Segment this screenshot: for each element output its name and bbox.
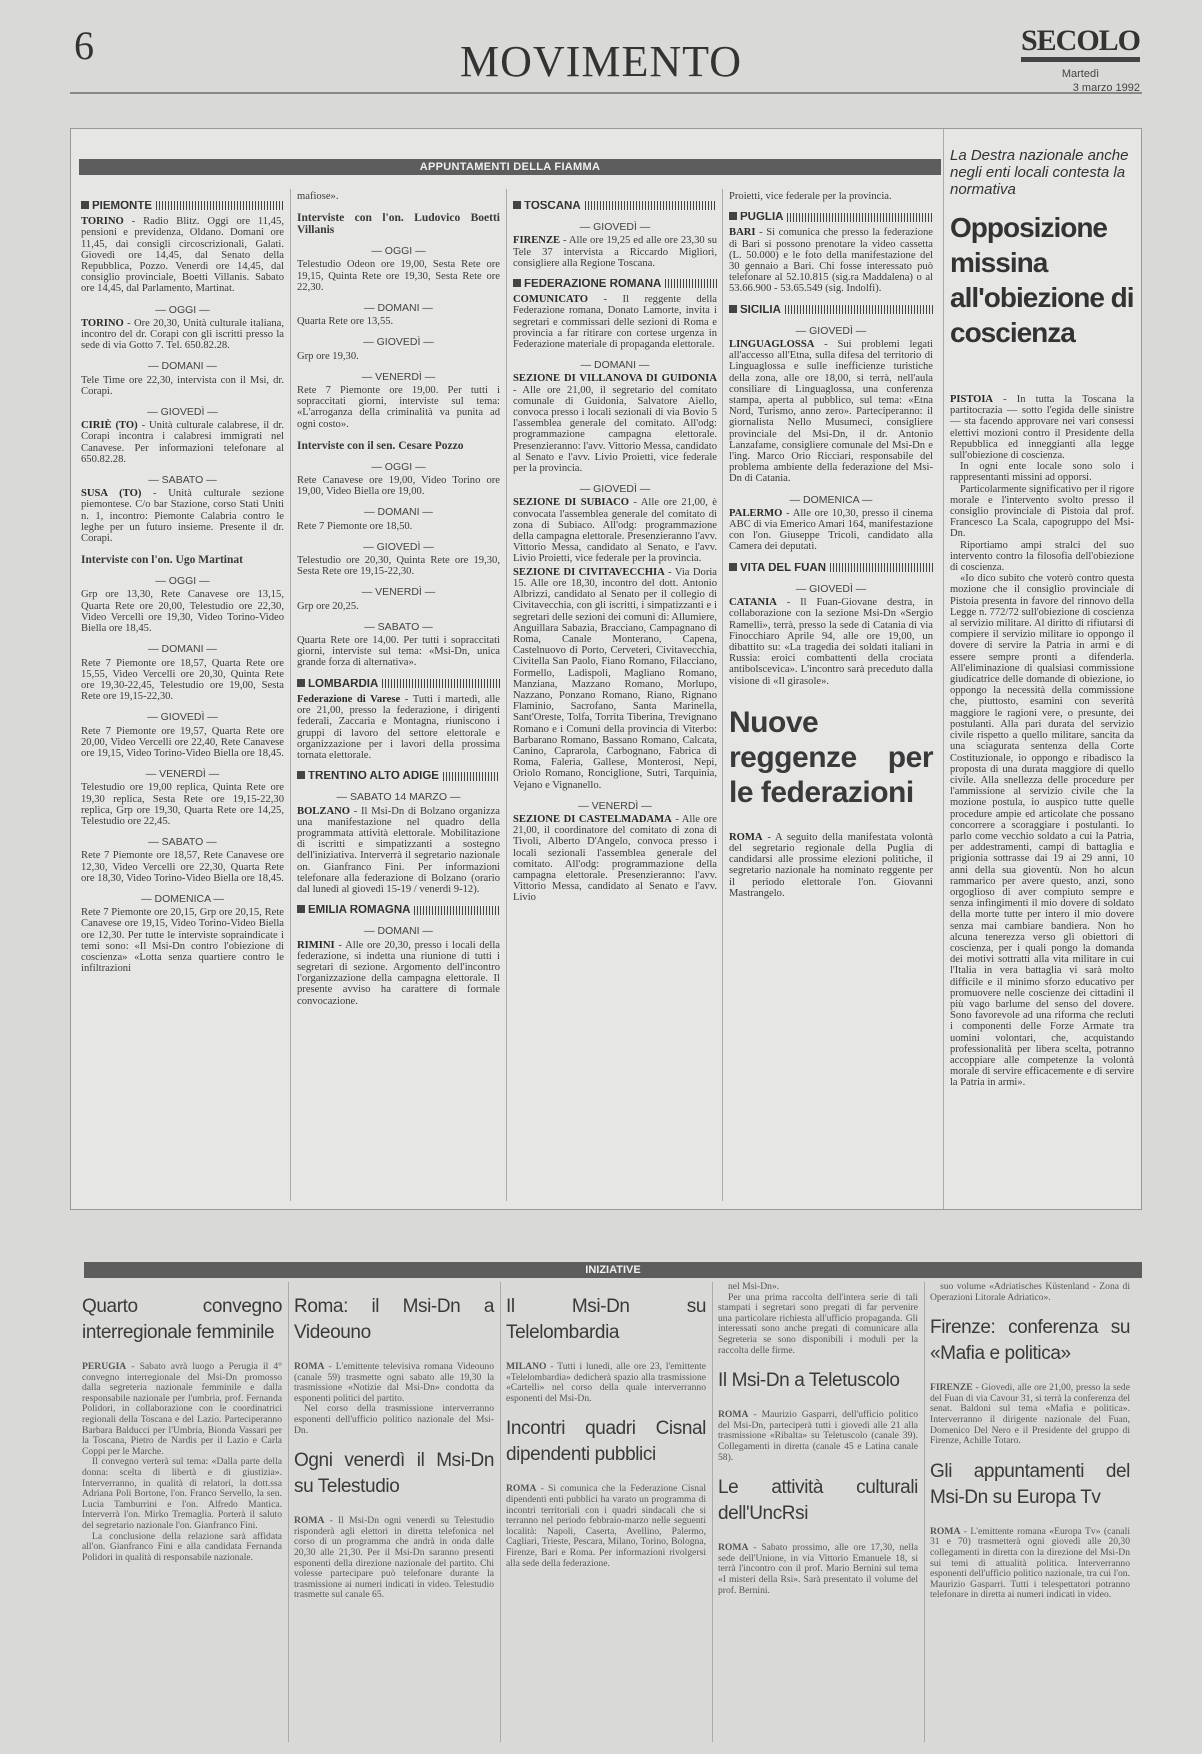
dateline: PISTOIA [950,394,993,405]
dateline: SUSA (TO) [81,488,141,499]
dateline: BOLZANO [297,806,350,817]
dateline: FIRENZE [930,1382,973,1393]
dateline: TORINO [81,318,124,329]
square-bullet-icon [729,563,737,571]
day-heading: — GIOVEDÌ — [297,542,500,553]
article-paragraph: Quarta Rete ore 14,00. Per tutti i sopra… [297,635,500,669]
newspaper-brand: SECOLO Martedì 3 marzo 1992 [1021,26,1140,94]
interview-heading: Interviste con il sen. Cesare Pozzo [297,440,500,452]
appuntamenti-column: PIEMONTETORINO - Radio Blitz. Oggi ore 1… [81,191,284,976]
dateline: ROMA [506,1483,536,1494]
dateline: ROMA [294,1515,324,1526]
iniziative-column: Il Msi-Dn su TelelombardiaMILANO - Tutti… [506,1282,706,1569]
dateline: ROMA [930,1526,960,1537]
column-divider [506,189,507,1201]
article-paragraph: SUSA (TO) - Unità culturale sezione piem… [81,488,284,544]
dateline: SEZIONE DI SUBIACO [513,497,629,508]
article-paragraph: Rete 7 Piemonte ore 18,57, Rete Canavese… [81,850,284,884]
article-paragraph: ROMA - Sabato prossimo, alle ore 17,30, … [718,1543,918,1596]
hatch-rule [382,679,500,688]
article-paragraph: PALERMO - Alle ore 10,30, presso il cine… [729,508,933,553]
region-heading: TOSCANA [513,201,717,212]
article-paragraph: SEZIONE DI CIVITAVECCHIA - Via Doria 15.… [513,567,717,791]
article-paragraph: ROMA - L'emittente televisiva romana Vid… [294,1362,494,1404]
day-heading: — SABATO 14 MARZO — [297,792,500,803]
square-bullet-icon [729,212,737,220]
article-headline: Le attività culturali dell'UncRsi [718,1475,918,1527]
header-rule [70,92,1142,94]
brand-logo: SECOLO [1021,26,1140,62]
appuntamenti-column: mafiose».Interviste con l'on. Ludovico B… [297,191,500,1009]
day-heading: — DOMENICA — [81,894,284,905]
hatch-rule [665,279,717,288]
iniziative-column: nel Msi-Dn».Per una prima raccolta dell'… [718,1282,918,1596]
article-paragraph: nel Msi-Dn». [718,1282,918,1293]
hatch-rule [787,213,933,222]
day-heading: — OGGI — [81,305,284,316]
dateline: CIRIÈ (TO) [81,420,138,431]
day-heading: — OGGI — [81,576,284,587]
square-bullet-icon [81,201,89,209]
region-heading: TRENTINO ALTO ADIGE [297,771,500,782]
day-heading: — DOMANI — [297,303,500,314]
article-paragraph: COMUNICATO - Il reggente della Federazio… [513,294,717,350]
dateline: SEZIONE DI CASTELMADAMA [513,814,672,825]
appuntamenti-band: APPUNTAMENTI DELLA FIAMMA [79,159,941,175]
iniziative-column: suo volume «Adriatisches Küstenland - Zo… [930,1282,1130,1601]
hatch-rule [830,563,933,572]
article-paragraph: LINGUAGLOSSA - Sui problemi legati all'a… [729,339,933,485]
dateline: COMUNICATO [513,294,588,305]
article-paragraph: ROMA - L'emittente romana «Europa Tv» (c… [930,1527,1130,1601]
region-heading: PIEMONTE [81,201,284,212]
day-heading: — GIOVEDÌ — [729,584,933,595]
article-paragraph: MILANO - Tutti i lunedì, alle ore 23, l'… [506,1362,706,1404]
dateline: SEZIONE DI CIVITAVECCHIA [513,567,665,578]
appuntamenti-box: APPUNTAMENTI DELLA FIAMMA PIEMONTETORINO… [70,128,1142,1210]
article-paragraph: ROMA - Si comunica che la Federazione Ci… [506,1484,706,1569]
article-paragraph: In ogni ente locale sono solo i rapprese… [950,461,1134,483]
article-paragraph: FIRENZE - Alle ore 19,25 ed alle ore 23,… [513,235,717,269]
appuntamenti-column: Proietti, vice federale per la provincia… [729,191,933,901]
day-heading: — GIOVEDÌ — [513,222,717,233]
article-paragraph: BARI - Si comunica che presso la federaz… [729,227,933,294]
square-bullet-icon [729,305,737,313]
day-heading: — OGGI — [297,246,500,257]
article-paragraph: TORINO - Ore 20,30, Unità culturale ital… [81,318,284,352]
article-headline: Gli appuntamenti del Msi-Dn su Europa Tv [930,1459,1130,1511]
article-paragraph: CIRIÈ (TO) - Unità culturale calabrese, … [81,420,284,465]
article-paragraph: TORINO - Radio Blitz. Oggi ore 11,45, pe… [81,216,284,294]
day-heading: — DOMANI — [513,360,717,371]
dateline: ROMA [718,1409,748,1420]
hatch-rule [156,201,284,210]
column-divider [500,1282,501,1742]
day-heading: — DOMENICA — [729,495,933,506]
issue-weekday: Martedì [1021,68,1140,80]
dateline: MILANO [506,1361,547,1372]
article-headline: Firenze: conferenza su «Mafia e politica… [930,1315,1130,1367]
day-heading: — SABATO — [81,837,284,848]
square-bullet-icon [513,201,521,209]
article-paragraph: SEZIONE DI SUBIACO - Alle ore 21,00, è c… [513,497,717,564]
article-paragraph: Rete 7 Piemonte ore 18,57, Quarta Rete o… [81,658,284,703]
day-heading: — OGGI — [297,462,500,473]
region-heading: LOMBARDIA [297,679,500,690]
hatch-rule [414,906,500,915]
article-paragraph: CATANIA - Il Fuan-Giovane destra, in col… [729,597,933,687]
column-divider [290,189,291,1201]
article-paragraph: BOLZANO - Il Msi-Dn di Bolzano organizza… [297,806,500,896]
region-name: SICILIA [740,305,781,316]
square-bullet-icon [513,279,521,287]
hatch-rule [585,201,717,210]
article-paragraph: FIRENZE - Giovedì, alle ore 21,00, press… [930,1383,1130,1447]
dateline: RIMINI [297,940,335,951]
region-heading: PUGLIA [729,212,933,223]
day-heading: — VENERDÌ — [297,587,500,598]
region-name: EMILIA ROMAGNA [308,905,410,916]
region-name: PIEMONTE [92,201,152,212]
article-paragraph: Quarta Rete ore 13,55. [297,316,500,327]
dateline: ROMA [294,1361,324,1372]
article-paragraph: La conclusione della relazione sarà affi… [82,1532,282,1564]
hatch-rule [443,772,500,781]
day-heading: — VENERDÌ — [81,769,284,780]
day-heading: — VENERDÌ — [297,372,500,383]
article-headline: Incontri quadri Cisnal dipendenti pubbli… [506,1416,706,1468]
dateline: FIRENZE [513,235,560,246]
region-name: FEDERAZIONE ROMANA [524,279,661,290]
article-paragraph: ROMA - Maurizio Gasparri, dell'ufficio p… [718,1410,918,1463]
article-paragraph: Proietti, vice federale per la provincia… [729,191,933,202]
day-heading: — DOMANI — [81,361,284,372]
dateline: CATANIA [729,597,777,608]
dateline: Federazione di Varese [297,694,400,705]
day-heading: — GIOVEDÌ — [297,337,500,348]
iniziative-column: Quarto convegno interregionale femminile… [82,1282,282,1563]
article-paragraph: ROMA - A seguito della manifestata volon… [729,832,933,899]
region-name: TOSCANA [524,201,581,212]
article-headline: Quarto convegno interregionale femminile [82,1294,282,1346]
article-paragraph: PERUGIA - Sabato avrà luogo a Perugia il… [82,1362,282,1457]
region-heading: SICILIA [729,305,933,316]
interview-heading: Interviste con l'on. Ludovico Boetti Vil… [297,212,500,236]
day-heading: — DOMANI — [297,507,500,518]
article-paragraph: Telestudio Odeon ore 19,00, Sesta Rete o… [297,259,500,293]
iniziative-band: INIZIATIVE [84,1262,1142,1278]
article-paragraph: SEZIONE DI VILLANOVA DI GUIDONIA - Alle … [513,373,717,474]
dateline: TORINO [81,216,124,227]
dateline: ROMA [729,832,763,843]
day-heading: — GIOVEDÌ — [729,326,933,337]
day-heading: — SABATO — [297,622,500,633]
region-name: VITA DEL FUAN [740,563,826,574]
column-divider [712,1282,713,1742]
day-heading: — VENERDÌ — [513,801,717,812]
interview-heading: Interviste con l'on. Ugo Martinat [81,554,284,566]
article-paragraph: mafiose». [297,191,500,202]
article-headline: Il Msi-Dn su Telelombardia [506,1294,706,1346]
region-heading: EMILIA ROMAGNA [297,905,500,916]
article-paragraph: ROMA - Il Msi-Dn ogni venerdì su Telestu… [294,1516,494,1601]
article-paragraph: Telestudio ore 20,30, Quinta Rete ore 19… [297,555,500,577]
article-paragraph: suo volume «Adriatisches Küstenland - Zo… [930,1282,1130,1303]
hatch-rule [785,305,933,314]
article-paragraph: Rete 7 Piemonte ore 19,00. Per tutti i s… [297,385,500,430]
column-divider [924,1282,925,1742]
sidebar-body: PISTOIA - In tutta la Toscana la partito… [950,394,1134,1089]
sidebar-headline: Opposizione missina all'obiezione di cos… [950,210,1134,350]
appuntamenti-column: TOSCANA— GIOVEDÌ —FIRENZE - Alle ore 19,… [513,191,717,906]
dateline: ROMA [718,1542,748,1553]
article-headline: Roma: il Msi-Dn a Videouno [294,1294,494,1346]
sidebar-kicker: La Destra nazionale anche negli enti loc… [950,147,1134,198]
article-paragraph: Federazione di Varese - Tutti i martedì,… [297,694,500,761]
region-name: PUGLIA [740,212,783,223]
article-headline: Nuove reggenze per le federazioni [729,705,933,810]
dateline: PALERMO [729,508,782,519]
article-paragraph: Per una prima raccolta dell'intera serie… [718,1293,918,1357]
article-paragraph: Telestudio ore 19,00 replica, Quinta Ret… [81,782,284,827]
article-paragraph: PISTOIA - In tutta la Toscana la partito… [950,394,1134,461]
dateline: SEZIONE DI VILLANOVA DI GUIDONIA [513,373,717,384]
article-paragraph: Rete 7 Piemonte ore 20,15, Grp ore 20,15… [81,907,284,974]
column-divider [722,189,723,1201]
region-heading: FEDERAZIONE ROMANA [513,279,717,290]
region-heading: VITA DEL FUAN [729,563,933,574]
day-heading: — DOMANI — [297,926,500,937]
square-bullet-icon [297,905,305,913]
iniziative-column: Roma: il Msi-Dn a VideounoROMA - L'emitt… [294,1282,494,1601]
region-name: TRENTINO ALTO ADIGE [308,771,439,782]
region-name: LOMBARDIA [308,679,378,690]
square-bullet-icon [297,679,305,687]
dateline: BARI [729,227,756,238]
column-divider [288,1282,289,1742]
dateline: LINGUAGLOSSA [729,339,814,350]
article-paragraph: Grp ore 13,30, Rete Canavese ore 13,15, … [81,589,284,634]
day-heading: — GIOVEDÌ — [513,484,717,495]
article-paragraph: «Io dico subito che voterò contro questa… [950,573,1134,1088]
sidebar-article: La Destra nazionale anche negli enti loc… [943,129,1140,1209]
day-heading: — GIOVEDÌ — [81,712,284,723]
article-paragraph: Rete 7 Piemonte ore 18,50. [297,521,500,532]
article-paragraph: Rete 7 Piemonte ore 19,57, Quarta Rete o… [81,726,284,760]
article-paragraph: Grp ore 19,30. [297,351,500,362]
dateline: PERUGIA [82,1361,126,1372]
day-heading: — GIOVEDÌ — [81,407,284,418]
iniziative-section: Quarto convegno interregionale femminile… [82,1282,1142,1742]
article-paragraph: Riportiamo ampi stralci del suo interven… [950,540,1134,574]
article-paragraph: Rete Canavese ore 19,00, Video Torino or… [297,475,500,497]
day-heading: — SABATO — [81,475,284,486]
day-heading: — DOMANI — [81,644,284,655]
article-paragraph: Grp ore 20,25. [297,601,500,612]
article-paragraph: Particolarmente significativo per il rig… [950,484,1134,540]
article-paragraph: Il convegno verterà sul tema: «Dalla par… [82,1457,282,1531]
article-headline: Il Msi-Dn a Teletuscolo [718,1368,918,1394]
article-headline: Ogni venerdì il Msi-Dn su Telestudio [294,1448,494,1500]
article-paragraph: RIMINI - Alle ore 20,30, presso i locali… [297,940,500,1007]
square-bullet-icon [297,771,305,779]
article-paragraph: SEZIONE DI CASTELMADAMA - Alle ore 21,00… [513,814,717,904]
article-paragraph: Nel corso della trasmissione interverran… [294,1404,494,1436]
article-paragraph: Tele Time ore 22,30, intervista con il M… [81,375,284,397]
